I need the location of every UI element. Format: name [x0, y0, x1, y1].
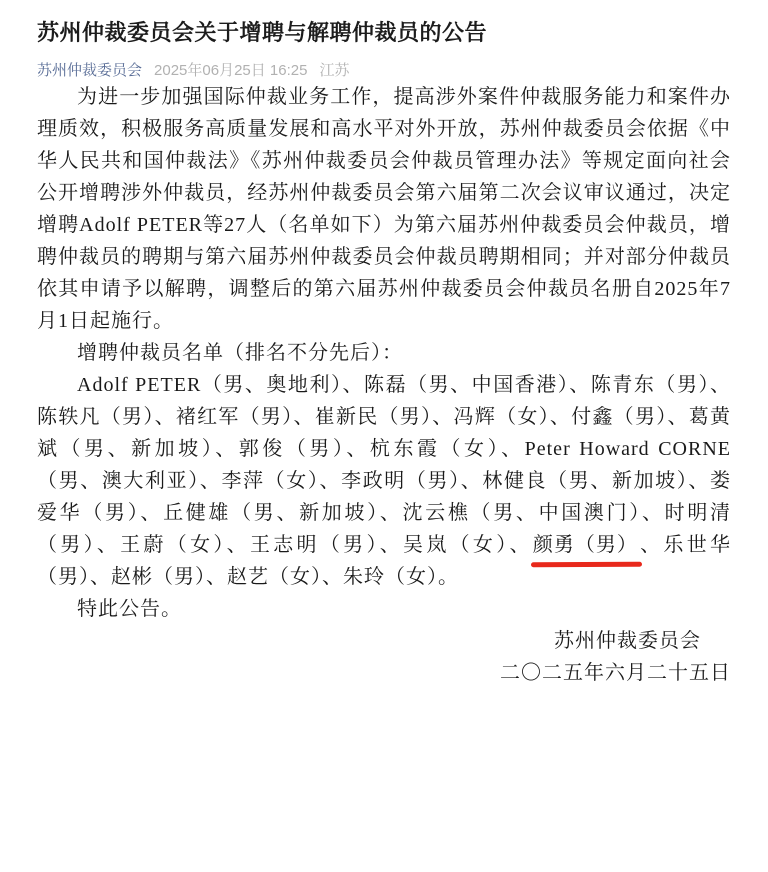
byline: 苏州仲裁委员会 2025年06月25日 16:25 江苏 — [37, 61, 731, 81]
intro-paragraph: 为进一步加强国际仲裁业务工作，提高涉外案件仲裁服务能力和案件办理质效，积极服务高… — [37, 81, 731, 337]
page-title: 苏州仲裁委员会关于增聘与解聘仲裁员的公告 — [37, 18, 731, 48]
list-heading: 增聘仲裁员名单（排名不分先后）： — [37, 337, 731, 369]
publish-datetime: 2025年06月25日 16:25 — [154, 61, 307, 81]
signature: 苏州仲裁委员会 — [37, 625, 731, 657]
announcement-article: 苏州仲裁委员会关于增聘与解聘仲裁员的公告 苏州仲裁委员会 2025年06月25日… — [0, 0, 768, 715]
signature-date: 二〇二五年六月二十五日 — [37, 657, 731, 689]
closing-paragraph: 特此公告。 — [37, 593, 731, 625]
article-body: 为进一步加强国际仲裁业务工作，提高涉外案件仲裁服务能力和案件办理质效，积极服务高… — [37, 81, 731, 689]
account-link[interactable]: 苏州仲裁委员会 — [37, 61, 142, 81]
underlined-name: 颜勇（男） — [533, 529, 638, 561]
publish-location: 江苏 — [319, 61, 349, 81]
names-paragraph: Adolf PETER（男、奥地利）、陈磊（男、中国香港）、陈青东（男）、陈轶凡… — [37, 369, 731, 593]
